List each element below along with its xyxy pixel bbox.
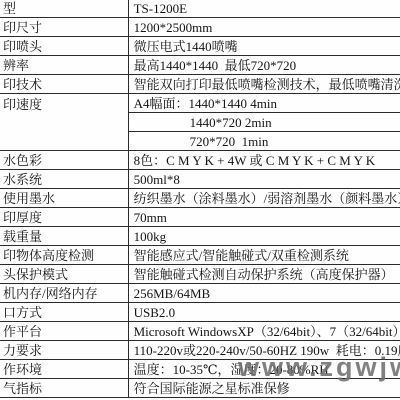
table-row: 印技术 智能双向打印最低喷嘴检测技术，最低喷嘴清洗技术 xyxy=(0,75,400,94)
spec-value: 720*720 1min xyxy=(128,132,400,151)
spec-value: USB2.0 xyxy=(128,303,400,322)
spec-label: 印物体高度检测 xyxy=(0,246,128,265)
table-row: 印物体高度检测 智能感应式/智能触碰式/双重检测系统 xyxy=(0,246,400,265)
table-row: 头保护模式 智能触碰式检测自动保护系统（高度保护器） xyxy=(0,265,400,284)
spec-label: 气指标 xyxy=(0,379,128,398)
table-row: 水系统 500ml*8 xyxy=(0,170,400,189)
spec-value: 温度：10-35℃，湿度：20-80%RH xyxy=(128,360,400,379)
table-row: 作环境 温度：10-35℃，湿度：20-80%RH xyxy=(0,360,400,379)
spec-label: 作环境 xyxy=(0,360,128,379)
spec-label: 辨率 xyxy=(0,56,128,75)
spec-label: 印喷头 xyxy=(0,37,128,56)
spec-label: 水色彩 xyxy=(0,151,128,170)
spec-value: A4幅面：1440*1440 4min xyxy=(128,94,400,113)
spec-label: 口方式 xyxy=(0,303,128,322)
table-row: 辨率 最高1440*1440 最低720*720 xyxy=(0,56,400,75)
table-row: 水色彩 8色：C M Y K + 4W 或 C M Y K + C M Y K xyxy=(0,151,400,170)
spec-value: 100kg xyxy=(128,227,400,246)
spec-value: 最高1440*1440 最低720*720 xyxy=(128,56,400,75)
spec-value: 纺织墨水（涂料墨水）/弱溶剂墨水（颜料墨水） xyxy=(128,189,400,208)
spec-value: 1200*2500mm xyxy=(128,18,400,37)
spec-value: 1440*720 2min xyxy=(128,113,400,132)
spec-label: 印速度 xyxy=(0,94,128,151)
spec-value: 500ml*8 xyxy=(128,170,400,189)
table-row: 使用墨水 纺织墨水（涂料墨水）/弱溶剂墨水（颜料墨水） xyxy=(0,189,400,208)
spec-value: 微压电式1440喷嘴 xyxy=(128,37,400,56)
spec-value: TS-1200E xyxy=(128,0,400,18)
spec-label: 水系统 xyxy=(0,170,128,189)
table-row: 机内存/网络内存 256MB/64MB xyxy=(0,284,400,303)
spec-label: 印技术 xyxy=(0,75,128,94)
spec-value: 8色：C M Y K + 4W 或 C M Y K + C M Y K xyxy=(128,151,400,170)
spec-value: 智能感应式/智能触碰式/双重检测系统 xyxy=(128,246,400,265)
spec-label: 作平台 xyxy=(0,322,128,341)
spec-label: 头保护模式 xyxy=(0,265,128,284)
spec-label: 使用墨水 xyxy=(0,189,128,208)
spec-value: 智能触碰式检测自动保护系统（高度保护器） xyxy=(128,265,400,284)
table-row: 力要求 110-220v或220-240v/50-60HZ 190w 耗电：0.… xyxy=(0,341,400,360)
table-row: 印厚度 70mm xyxy=(0,208,400,227)
table-row: 印尺寸 1200*2500mm xyxy=(0,18,400,37)
table-row: 型 TS-1200E xyxy=(0,0,400,18)
table-row: 气指标 符合国际能源之星标准保修 xyxy=(0,379,400,398)
table-row: 口方式 USB2.0 xyxy=(0,303,400,322)
table-row: 作平台 Microsoft WindowsXP（32/64bit）、7（32/6… xyxy=(0,322,400,341)
spec-label: 机内存/网络内存 xyxy=(0,284,128,303)
spec-label: 型 xyxy=(0,0,128,18)
table-row: 载重量 100kg xyxy=(0,227,400,246)
spec-value: 智能双向打印最低喷嘴检测技术，最低喷嘴清洗技术 xyxy=(128,75,400,94)
spec-value: 70mm xyxy=(128,208,400,227)
spec-label: 力要求 xyxy=(0,341,128,360)
table-row: 印喷头 微压电式1440喷嘴 xyxy=(0,37,400,56)
spec-sheet-screenshot: 型 TS-1200E 印尺寸 1200*2500mm 印喷头 微压电式1440喷… xyxy=(0,0,400,400)
spec-label: 载重量 xyxy=(0,227,128,246)
spec-label: 印厚度 xyxy=(0,208,128,227)
spec-label: 印尺寸 xyxy=(0,18,128,37)
spec-value: 256MB/64MB xyxy=(128,284,400,303)
spec-value: 110-220v或220-240v/50-60HZ 190w 耗电：0.19度/… xyxy=(128,341,400,360)
spec-table: 型 TS-1200E 印尺寸 1200*2500mm 印喷头 微压电式1440喷… xyxy=(0,0,400,398)
spec-value: Microsoft WindowsXP（32/64bit）、7（32/64bit… xyxy=(128,322,400,341)
spec-value: 符合国际能源之星标准保修 xyxy=(128,379,400,398)
table-row: 印速度 A4幅面：1440*1440 4min xyxy=(0,94,400,113)
